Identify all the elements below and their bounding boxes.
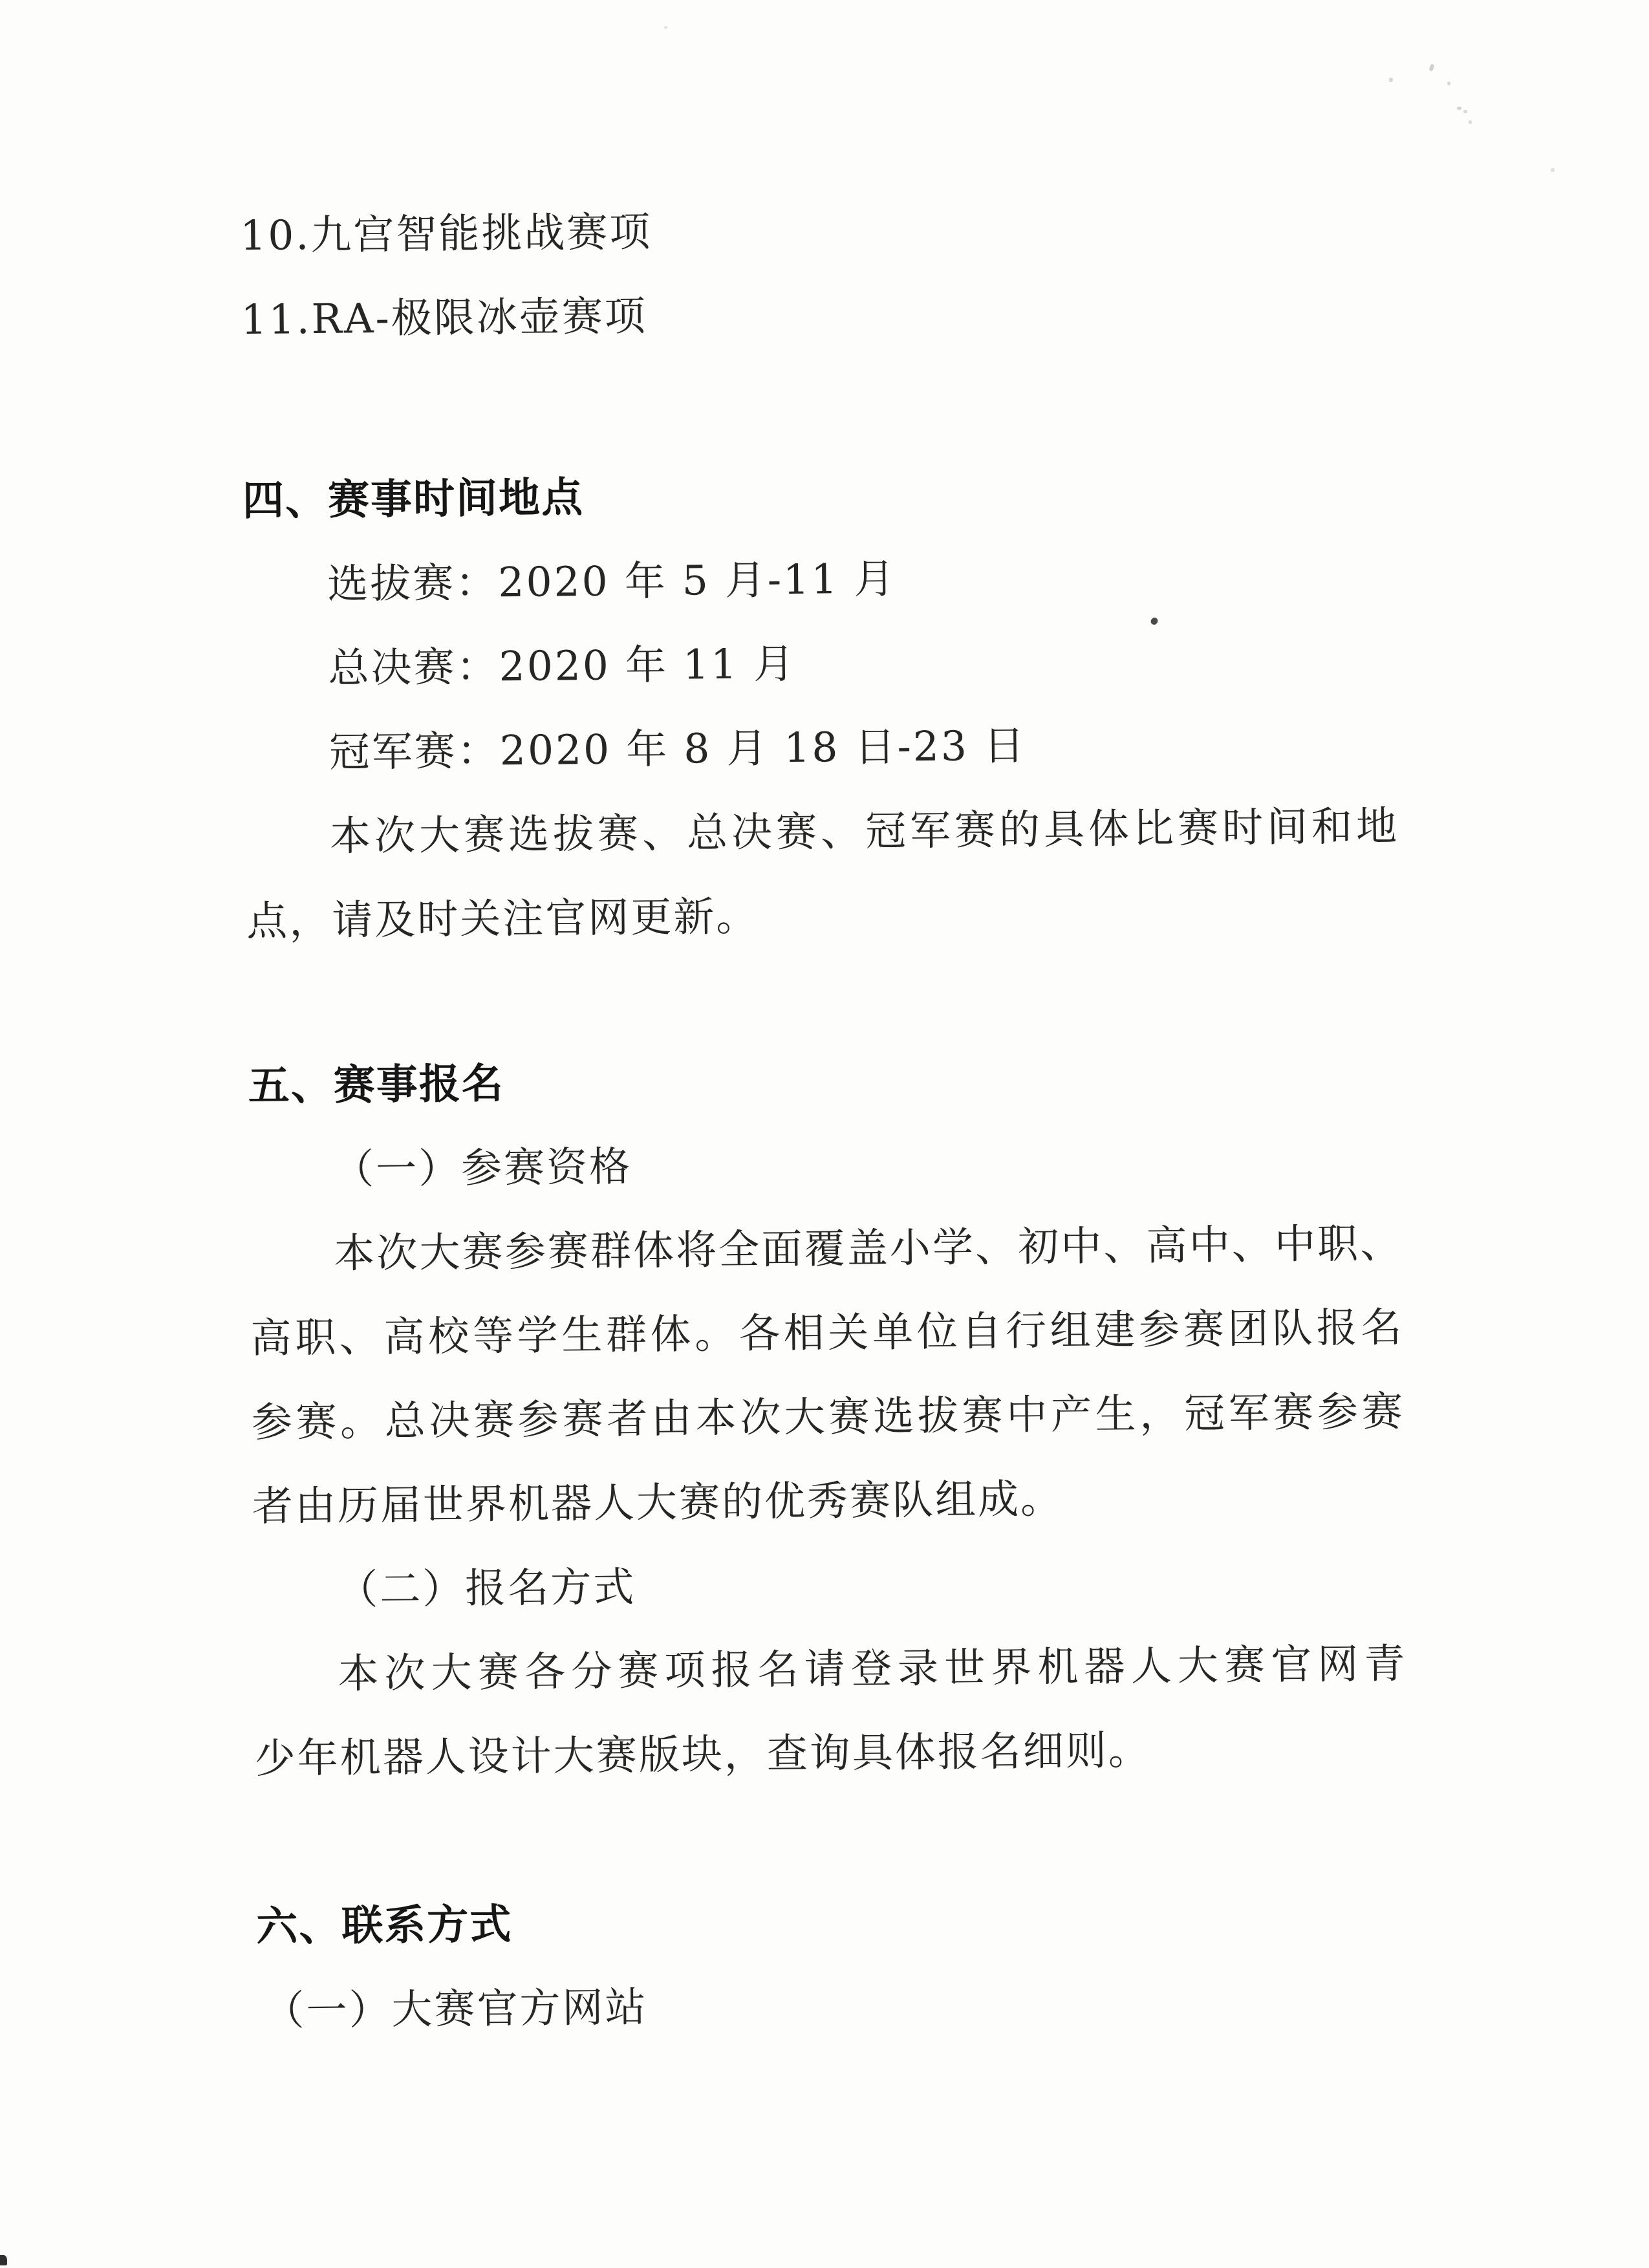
schedule-line-finals: 总决赛：2020 年 11 月 [328,622,797,711]
scan-speck [1463,110,1467,113]
eligibility-line-4: 者由历届世界机器人大赛的优秀赛队组成。 [252,1457,1063,1549]
eligibility-line-1: 本次大赛参赛群体将全面覆盖小学、初中、高中、中职、 [334,1202,1401,1296]
eligibility-subheading: （一）参赛资格 [332,1125,632,1211]
document-text-block: 10.九宫智能挑战赛项 11.RA-极限冰壶赛项 四、赛事时间地点 选拔赛：20… [238,0,1411,2268]
eligibility-line-2: 高职、高校等学生群体。各相关单位自行组建参赛团队报名 [250,1286,1402,1381]
scan-speck [1551,168,1555,172]
schedule-line-selection: 选拔赛：2020 年 5 月-11 月 [327,537,897,626]
schedule-line-championship: 冠军赛：2020 年 8 月 18 日-23 日 [329,704,1026,794]
list-item-10: 10.九宫智能挑战赛项 [240,190,652,278]
section-6-heading: 六、联系方式 [256,1883,513,1969]
section-4-heading: 四、赛事时间地点 [242,456,584,543]
scan-speck [1428,63,1434,71]
website-subheading: （一）大赛官方网站 [263,1965,648,2053]
method-line-1: 本次大赛各分赛项报名请登录世界机器人大赛官网青 [338,1622,1405,1716]
scan-speck [1469,120,1472,124]
list-item-11: 11.RA-极限冰壶赛项 [241,274,648,362]
scan-speck [1447,81,1450,85]
time-paragraph-line-2: 点，请及时关注官网更新。 [246,874,759,964]
scan-speck [664,26,667,29]
eligibility-line-3: 参赛。总决赛参赛者由本次大赛选拔赛中产生，冠军赛参赛 [251,1370,1403,1465]
scan-corner-blob [0,2255,7,2265]
method-line-2: 少年机器人设计大赛版块，查询具体报名细则。 [254,1709,1151,1801]
scan-speck [1389,78,1393,82]
time-paragraph-line-1: 本次大赛选拔赛、总决赛、冠军赛的具体比赛时间和地 [329,784,1397,879]
section-5-heading: 五、赛事报名 [248,1042,504,1129]
method-subheading: （二）报名方式 [337,1545,636,1632]
scanned-document-page: 10.九宫智能挑战赛项 11.RA-极限冰壶赛项 四、赛事时间地点 选拔赛：20… [0,0,1649,2268]
scan-speck [1457,107,1461,110]
